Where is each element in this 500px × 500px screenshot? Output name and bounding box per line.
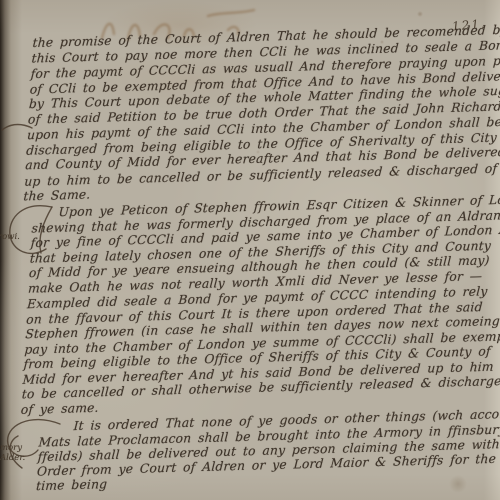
manuscript-page: 121. the promise of the Court of Aldren … [0, 0, 500, 500]
margin-note-armory: mory Alder. [0, 444, 25, 463]
paragraph-armory-order: It is ordered That none of ye goods or o… [36, 405, 500, 494]
paragraph-frowen-petition: Upon ye Peticon of Stephen ffrowin Esqr … [20, 192, 500, 418]
margin-note-frowen: rowi. [0, 233, 20, 243]
margin-note-armory-line2: Alder. [0, 454, 25, 464]
paragraph-richardson-order: the promise of the Court of Aldren That … [23, 21, 500, 204]
